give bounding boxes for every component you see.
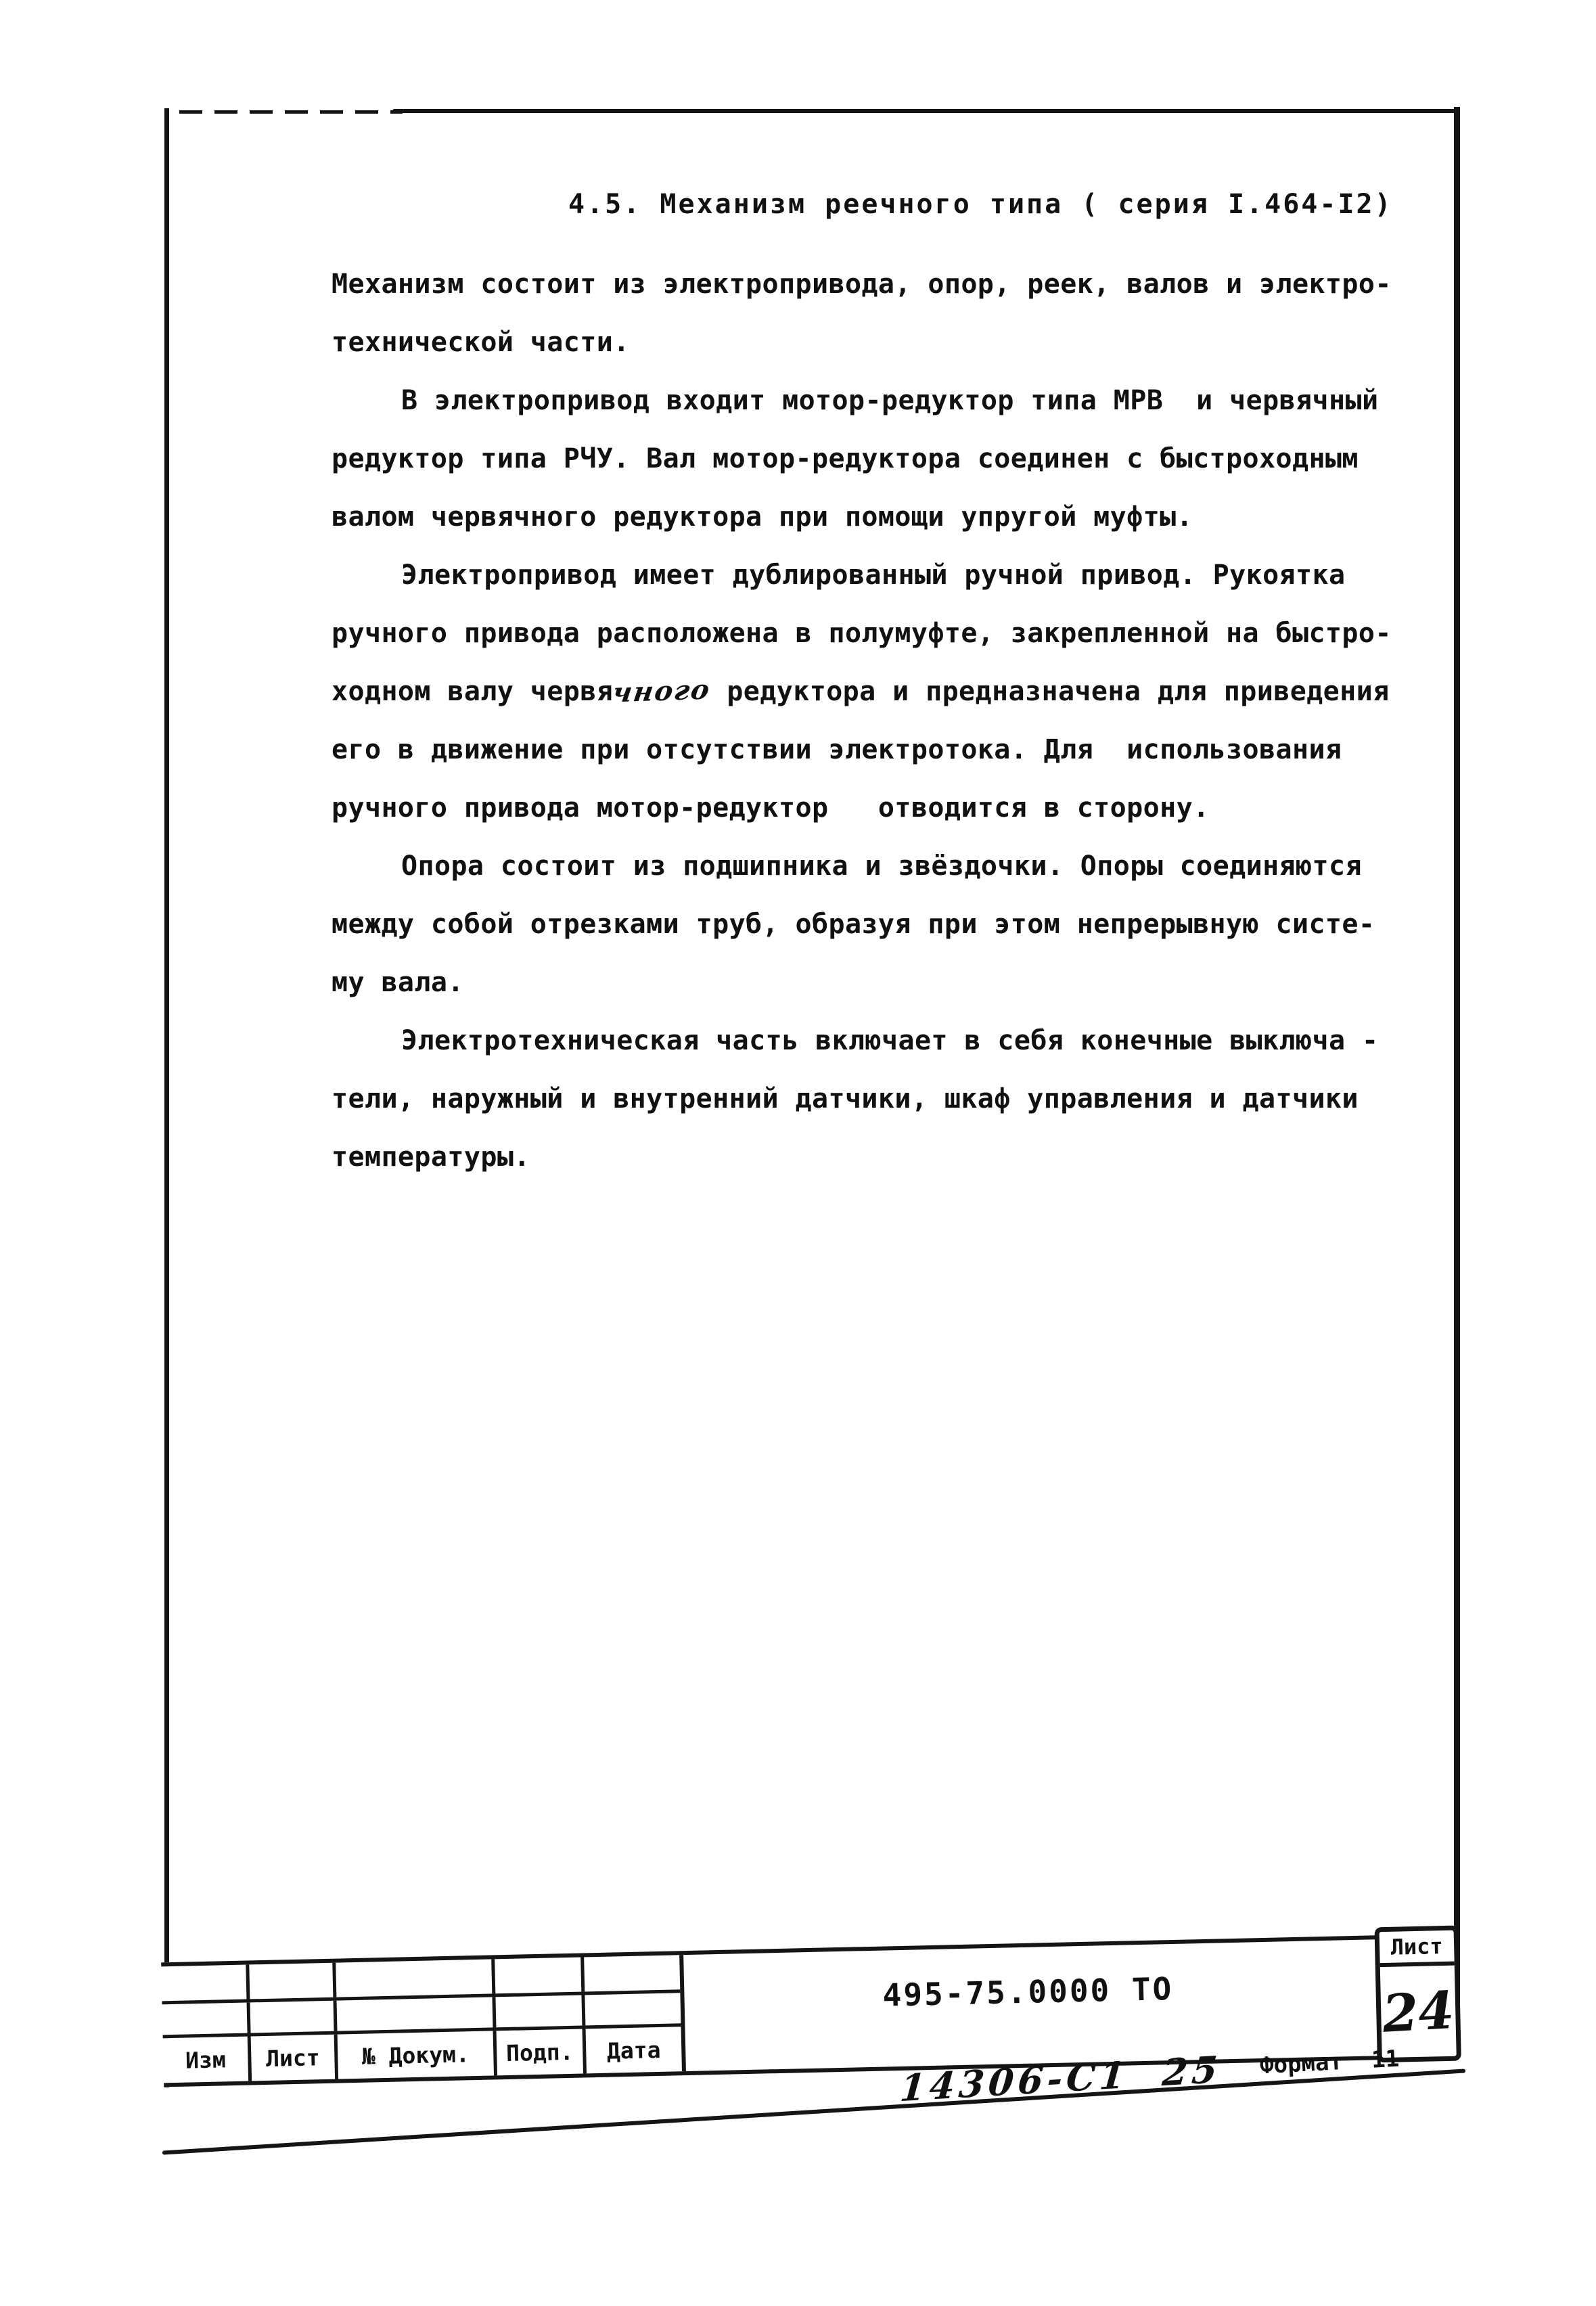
text-line: его в движение при отсутствии электроток…: [332, 721, 1468, 779]
text-line: Механизм состоит из электропривода, опор…: [332, 255, 1468, 313]
column-header-izm: Изм: [163, 2036, 252, 2083]
column-header-data: Дата: [586, 2027, 682, 2073]
text-line: Электропривод имеет дублированный ручной…: [332, 546, 1468, 604]
text-segment: ходном валу червя: [332, 676, 613, 707]
page-frame-top-dashed: [179, 110, 403, 114]
sheet-number: 24: [1379, 1964, 1458, 2059]
text-line: ручного привода мотор-редуктор отводится…: [332, 779, 1468, 837]
empty-cell: [249, 1963, 336, 1999]
empty-cell: [495, 1957, 585, 1993]
text-line: В электропривод входит мотор-редуктор ти…: [332, 371, 1468, 430]
column-header-dokum: № Докум.: [338, 2031, 497, 2079]
text-line: между собой отрезками труб, образуя при …: [332, 895, 1468, 953]
empty-cell: [336, 1959, 495, 1997]
page-frame-top: [392, 109, 1459, 113]
text-line: Электротехническая часть включает в себя…: [332, 1012, 1468, 1070]
text-line: Опора состоит из подшипника и звёздочки.…: [332, 837, 1468, 895]
text-line: ручного привода расположена в полумуфте,…: [332, 604, 1468, 662]
document-number: 495-75.0000 ТО: [683, 1947, 1372, 2036]
empty-cell: [250, 2001, 338, 2033]
column-header-podp: Подп.: [497, 2029, 587, 2075]
scanned-document-page: 4.5. Механизм реечного типа ( серия I.46…: [0, 0, 1596, 2306]
empty-cell: [337, 1997, 497, 2031]
page-frame-left: [164, 108, 169, 2087]
handwritten-correction: чного: [609, 661, 715, 723]
text-line: тели, наружный и внутренний датчики, шка…: [332, 1070, 1468, 1128]
sheet-box: Лист 24: [1374, 1926, 1461, 2063]
empty-cell: [585, 1993, 681, 2025]
empty-cell: [161, 1964, 250, 2001]
empty-cell: [584, 1955, 680, 1991]
empty-cell: [495, 1995, 585, 2027]
body-text: Механизм состоит из электропривода, опор…: [332, 255, 1468, 1186]
column-header-list: Лист: [251, 2035, 338, 2081]
text-line: температуры.: [332, 1128, 1468, 1186]
text-line: технической части.: [332, 313, 1468, 371]
text-line: ходном валу червячного редуктора и предн…: [332, 662, 1468, 721]
section-heading: 4.5. Механизм реечного типа ( серия I.46…: [568, 184, 1393, 225]
text-segment: редуктора и предназначена для приведения: [710, 676, 1390, 707]
text-line: му вала.: [332, 953, 1468, 1012]
text-line: редуктор типа РЧУ. Вал мотор-редуктора с…: [332, 430, 1468, 488]
text-line: валом червячного редуктора при помощи уп…: [332, 488, 1468, 546]
sheet-label: Лист: [1380, 1930, 1455, 1967]
empty-cell: [162, 2002, 251, 2035]
revision-table: Изм Лист № Докум. Подп. Дата: [161, 1955, 686, 2083]
